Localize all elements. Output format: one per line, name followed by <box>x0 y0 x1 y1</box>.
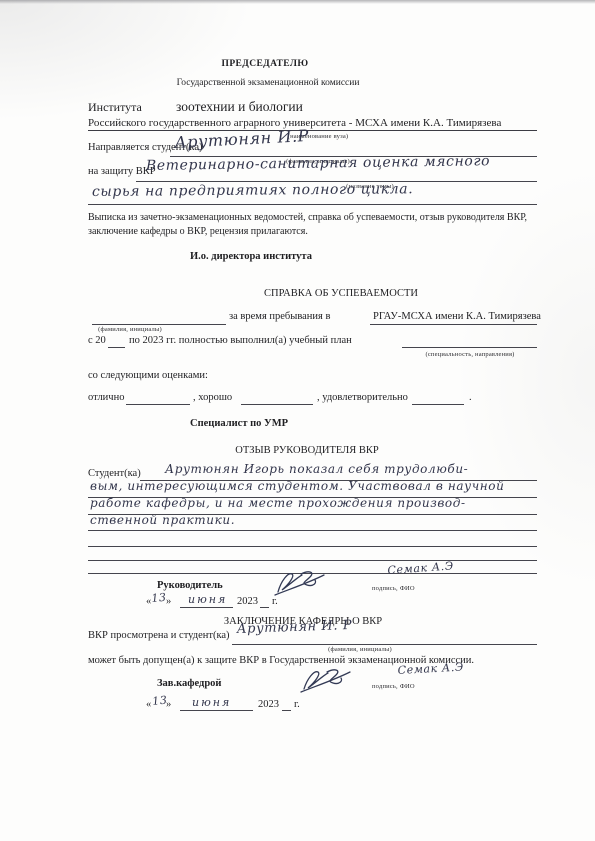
review-title: ОТЗЫВ РУКОВОДИТЕЛЯ ВКР <box>235 445 378 457</box>
supervisor-signature-mark <box>270 568 328 603</box>
blank-line <box>180 710 253 711</box>
date-day-handwritten: 13 <box>151 591 167 605</box>
blank-line <box>88 204 537 205</box>
blank-line <box>88 560 537 561</box>
blank-line <box>260 607 269 608</box>
attachments-text-line1: Выписка из зачетно-экзаменационных ведом… <box>88 212 527 224</box>
review-handwritten-line2: вым, интересующимся студентом. Участвова… <box>90 479 504 493</box>
stay-prefix: за время пребывания в <box>229 311 330 323</box>
review-handwritten-line1: Арутюнян Игорь показал себя трудолюби- <box>165 462 468 476</box>
date-year: 2023 <box>237 596 258 608</box>
vkr-title-handwritten-2: сырья на предприятиях полного цикла. <box>92 181 413 200</box>
blank-line <box>88 546 537 547</box>
grade-line-end: . <box>469 392 472 404</box>
blank-line <box>412 404 464 405</box>
name-hint: (фамилия, инициалы) <box>98 326 162 333</box>
date-month-handwritten: июня <box>192 696 231 709</box>
date-quote-close: » <box>166 596 171 608</box>
blank-line <box>126 404 190 405</box>
plan-prefix: с 20 <box>88 335 106 347</box>
scan-edge-artifact <box>0 0 595 4</box>
supervisor-signature-name: Семак А.Э <box>387 559 454 577</box>
blank-line <box>88 530 537 531</box>
department-head-signature-mark <box>295 666 353 701</box>
blank-line <box>232 644 537 645</box>
blank-line <box>180 607 233 608</box>
scanned-document-page: ПРЕДСЕДАТЕЛЮ Государственной экзаменацио… <box>0 0 595 841</box>
plan-rest: по 2023 гг. полностью выполнил(а) учебны… <box>129 335 352 347</box>
signature-hint: подпись, ФИО <box>372 585 415 592</box>
date-quote-close: » <box>166 699 171 711</box>
grade-good-label: , хорошо <box>193 392 232 404</box>
date-year: 2023 <box>258 699 279 711</box>
addressee-subtitle: Государственной экзаменационной комиссии <box>177 78 360 89</box>
university-name-underlined: РГАУ-МСХА имени К.А. Тимирязева <box>373 311 541 323</box>
date-month-handwritten: июня <box>188 593 227 606</box>
umr-specialist-label: Специалист по УМР <box>190 418 288 430</box>
blank-line <box>92 324 226 325</box>
performance-title: СПРАВКА ОБ УСПЕВАЕМОСТИ <box>264 288 418 300</box>
date-quote-open: « <box>146 699 151 711</box>
university-line: Российского государственного аграрного у… <box>88 117 537 131</box>
blank-line <box>282 710 291 711</box>
grades-intro: со следующими оценками: <box>88 370 208 382</box>
grade-excellent-label: отлично <box>88 392 124 404</box>
specialty-hint: (специальность, направления) <box>425 351 514 358</box>
conclusion-student-name-handwritten: Арутюнян И. Р <box>236 618 352 637</box>
vkr-title-handwritten-1: Ветеринарно-санитарная оценка мясного <box>146 153 490 174</box>
addressee-title: ПРЕДСЕДАТЕЛЮ <box>222 59 309 70</box>
reviewed-prefix: ВКР просмотрена и студент(ка) <box>88 630 230 642</box>
department-head-signature-name: Семак А.Э <box>397 661 464 677</box>
name-hint: (фамилия, инициалы) <box>328 646 392 653</box>
blank-line <box>108 347 125 348</box>
review-handwritten-line3: работе кафедры, и на месте прохождения п… <box>90 496 466 510</box>
supervisor-label: Руководитель <box>157 580 223 592</box>
review-handwritten-line4: ственной практики. <box>90 513 235 527</box>
attachments-text-line2: заключение кафедры о ВКР, рецензия прила… <box>88 226 308 238</box>
date-suffix: г. <box>294 699 300 711</box>
institute-label: Института <box>88 101 142 115</box>
department-head-label: Зав.кафедрой <box>157 678 221 690</box>
grade-satisfactory-label: , удовлетворительно <box>317 392 408 404</box>
date-suffix: г. <box>272 596 278 608</box>
signature-hint: подпись, ФИО <box>372 683 415 690</box>
underline <box>370 324 537 325</box>
blank-line <box>241 404 313 405</box>
director-label: И.о. директора института <box>190 251 312 263</box>
institute-value: зоотехнии и биологии <box>176 99 303 115</box>
blank-line <box>402 347 537 348</box>
